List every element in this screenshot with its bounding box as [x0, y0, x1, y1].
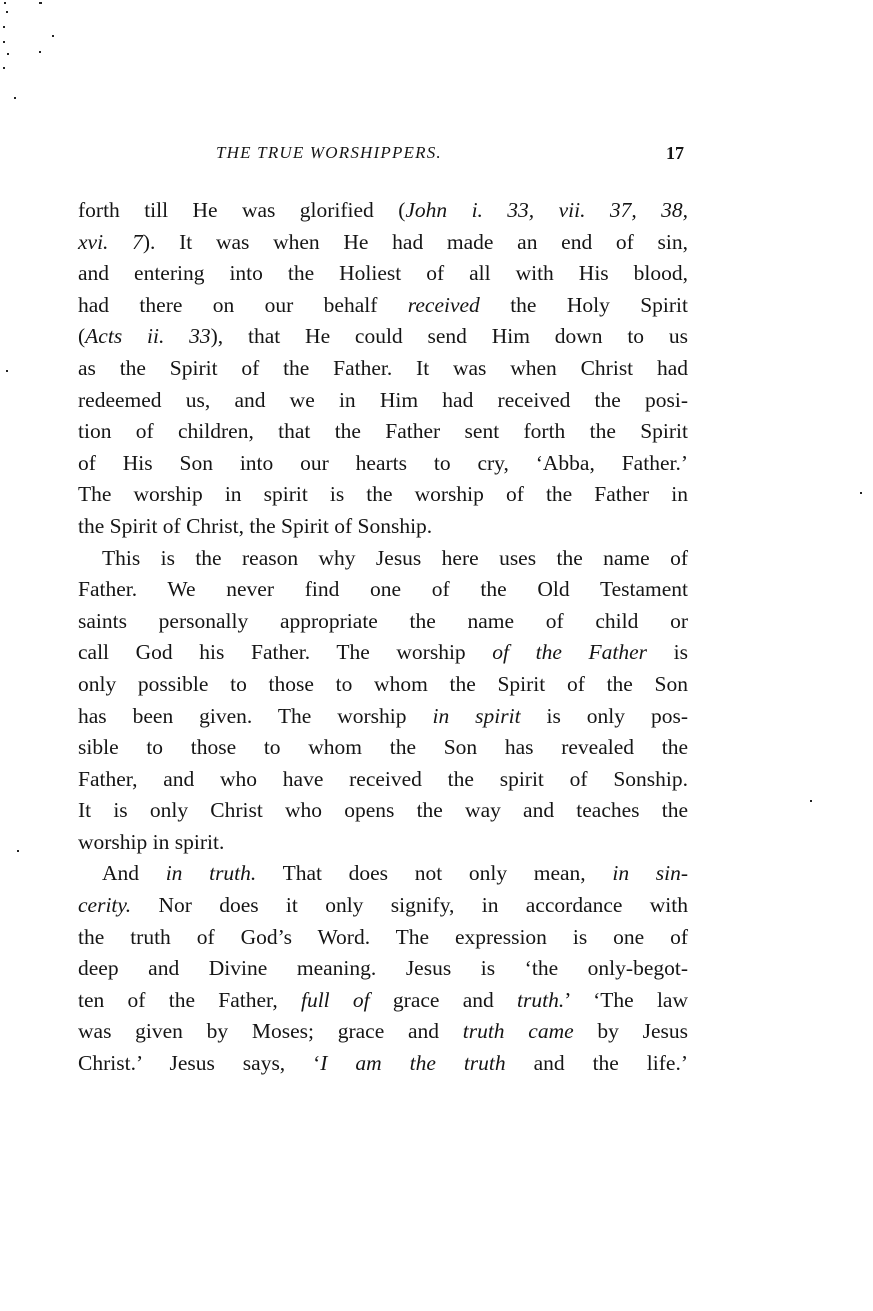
text-span: of His Son into our hearts to cry, ‘Abba…	[78, 451, 688, 475]
text-line: xvi. 7). It was when He had made an end …	[78, 227, 688, 259]
text-span: is only pos-	[521, 704, 688, 728]
text-line: worship in spirit.	[78, 827, 688, 859]
italic-span: received	[408, 293, 480, 317]
text-span: ’ ‘The law	[564, 988, 688, 1012]
text-span: The worship in spirit is the worship of …	[78, 482, 688, 506]
text-span: the truth of God’s Word. The expression …	[78, 925, 688, 949]
text-span: saints personally appropriate the name o…	[78, 609, 688, 633]
text-span: and the life.’	[506, 1051, 688, 1075]
text-line: and entering into the Holiest of all wit…	[78, 258, 688, 290]
text-line: deep and Divine meaning. Jesus is ‘the o…	[78, 953, 688, 985]
text-line: saints personally appropriate the name o…	[78, 606, 688, 638]
text-span: This is the reason why Jesus here uses t…	[102, 546, 688, 570]
text-span: sible to those to whom the Son has revea…	[78, 735, 688, 759]
text-line: (Acts ii. 33), that He could send Him do…	[78, 321, 688, 353]
italic-span: I am the truth	[320, 1051, 505, 1075]
text-span: Father. We never find one of the Old Tes…	[78, 577, 688, 601]
text-line: And in truth. That does not only mean, i…	[78, 858, 688, 890]
text-line: forth till He was glorified (John i. 33,…	[78, 195, 688, 227]
text-span: Father, and who have received the spirit…	[78, 767, 688, 791]
text-line: as the Spirit of the Father. It was when…	[78, 353, 688, 385]
text-span: as the Spirit of the Father. It was when…	[78, 356, 688, 380]
text-span: was given by Moses; grace and	[78, 1019, 463, 1043]
body-text: forth till He was glorified (John i. 33,…	[78, 195, 688, 1080]
italic-span: of the Father	[492, 640, 647, 664]
text-span: ). It was when He had made an end of sin…	[143, 230, 688, 254]
running-head: THE TRUE WORSHIPPERS.	[216, 143, 442, 163]
text-span: is	[647, 640, 688, 664]
text-line: only possible to those to whom the Spiri…	[78, 669, 688, 701]
text-span: forth till He was glorified (	[78, 198, 405, 222]
text-span: call God his Father. The worship	[78, 640, 492, 664]
text-span: That does not only mean,	[256, 861, 612, 885]
text-span: the Holy Spirit	[480, 293, 688, 317]
text-line: Father, and who have received the spirit…	[78, 764, 688, 796]
italic-span: John i. 33, vii. 37, 38,	[405, 198, 688, 222]
page-number: 17	[666, 143, 684, 164]
italic-span: truth.	[517, 988, 564, 1012]
text-span: Christ.’ Jesus says, ‘	[78, 1051, 320, 1075]
text-span: has been given. The worship	[78, 704, 432, 728]
text-span: worship in spirit.	[78, 830, 224, 854]
text-line: tion of children, that the Father sent f…	[78, 416, 688, 448]
text-span: only possible to those to whom the Spiri…	[78, 672, 688, 696]
text-span: grace and	[370, 988, 517, 1012]
text-line: was given by Moses; grace and truth came…	[78, 1016, 688, 1048]
text-line: This is the reason why Jesus here uses t…	[78, 543, 688, 575]
italic-span: cerity.	[78, 893, 131, 917]
italic-span: xvi. 7	[78, 230, 143, 254]
text-span: It is only Christ who opens the way and …	[78, 798, 688, 822]
text-line: has been given. The worship in spirit is…	[78, 701, 688, 733]
text-line: cerity. Nor does it only signify, in acc…	[78, 890, 688, 922]
text-span: had there on our behalf	[78, 293, 408, 317]
text-line: redeemed us, and we in Him had received …	[78, 385, 688, 417]
text-span: redeemed us, and we in Him had received …	[78, 388, 688, 412]
text-span: And	[102, 861, 166, 885]
text-line: The worship in spirit is the worship of …	[78, 479, 688, 511]
text-span: and entering into the Holiest of all wit…	[78, 261, 688, 285]
text-line: had there on our behalf received the Hol…	[78, 290, 688, 322]
page-header: THE TRUE WORSHIPPERS. 17	[216, 143, 684, 171]
italic-span: in sin-	[612, 861, 688, 885]
text-line: sible to those to whom the Son has revea…	[78, 732, 688, 764]
text-line: of His Son into our hearts to cry, ‘Abba…	[78, 448, 688, 480]
text-span: deep and Divine meaning. Jesus is ‘the o…	[78, 956, 688, 980]
text-span: the Spirit of Christ, the Spirit of Sons…	[78, 514, 432, 538]
text-line: It is only Christ who opens the way and …	[78, 795, 688, 827]
italic-span: Acts ii. 33	[85, 324, 210, 348]
text-line: the Spirit of Christ, the Spirit of Sons…	[78, 511, 688, 543]
text-span: ten of the Father,	[78, 988, 301, 1012]
italic-span: in spirit	[432, 704, 520, 728]
text-line: Christ.’ Jesus says, ‘I am the truth and…	[78, 1048, 688, 1080]
text-span: by Jesus	[574, 1019, 688, 1043]
text-span: tion of children, that the Father sent f…	[78, 419, 688, 443]
text-line: the truth of God’s Word. The expression …	[78, 922, 688, 954]
text-span: Nor does it only signify, in accordance …	[131, 893, 688, 917]
italic-span: truth came	[463, 1019, 574, 1043]
text-span: ), that He could send Him down to us	[211, 324, 688, 348]
italic-span: in truth.	[166, 861, 257, 885]
text-line: call God his Father. The worship of the …	[78, 637, 688, 669]
italic-span: full of	[301, 988, 370, 1012]
text-line: Father. We never find one of the Old Tes…	[78, 574, 688, 606]
text-line: ten of the Father, full of grace and tru…	[78, 985, 688, 1017]
